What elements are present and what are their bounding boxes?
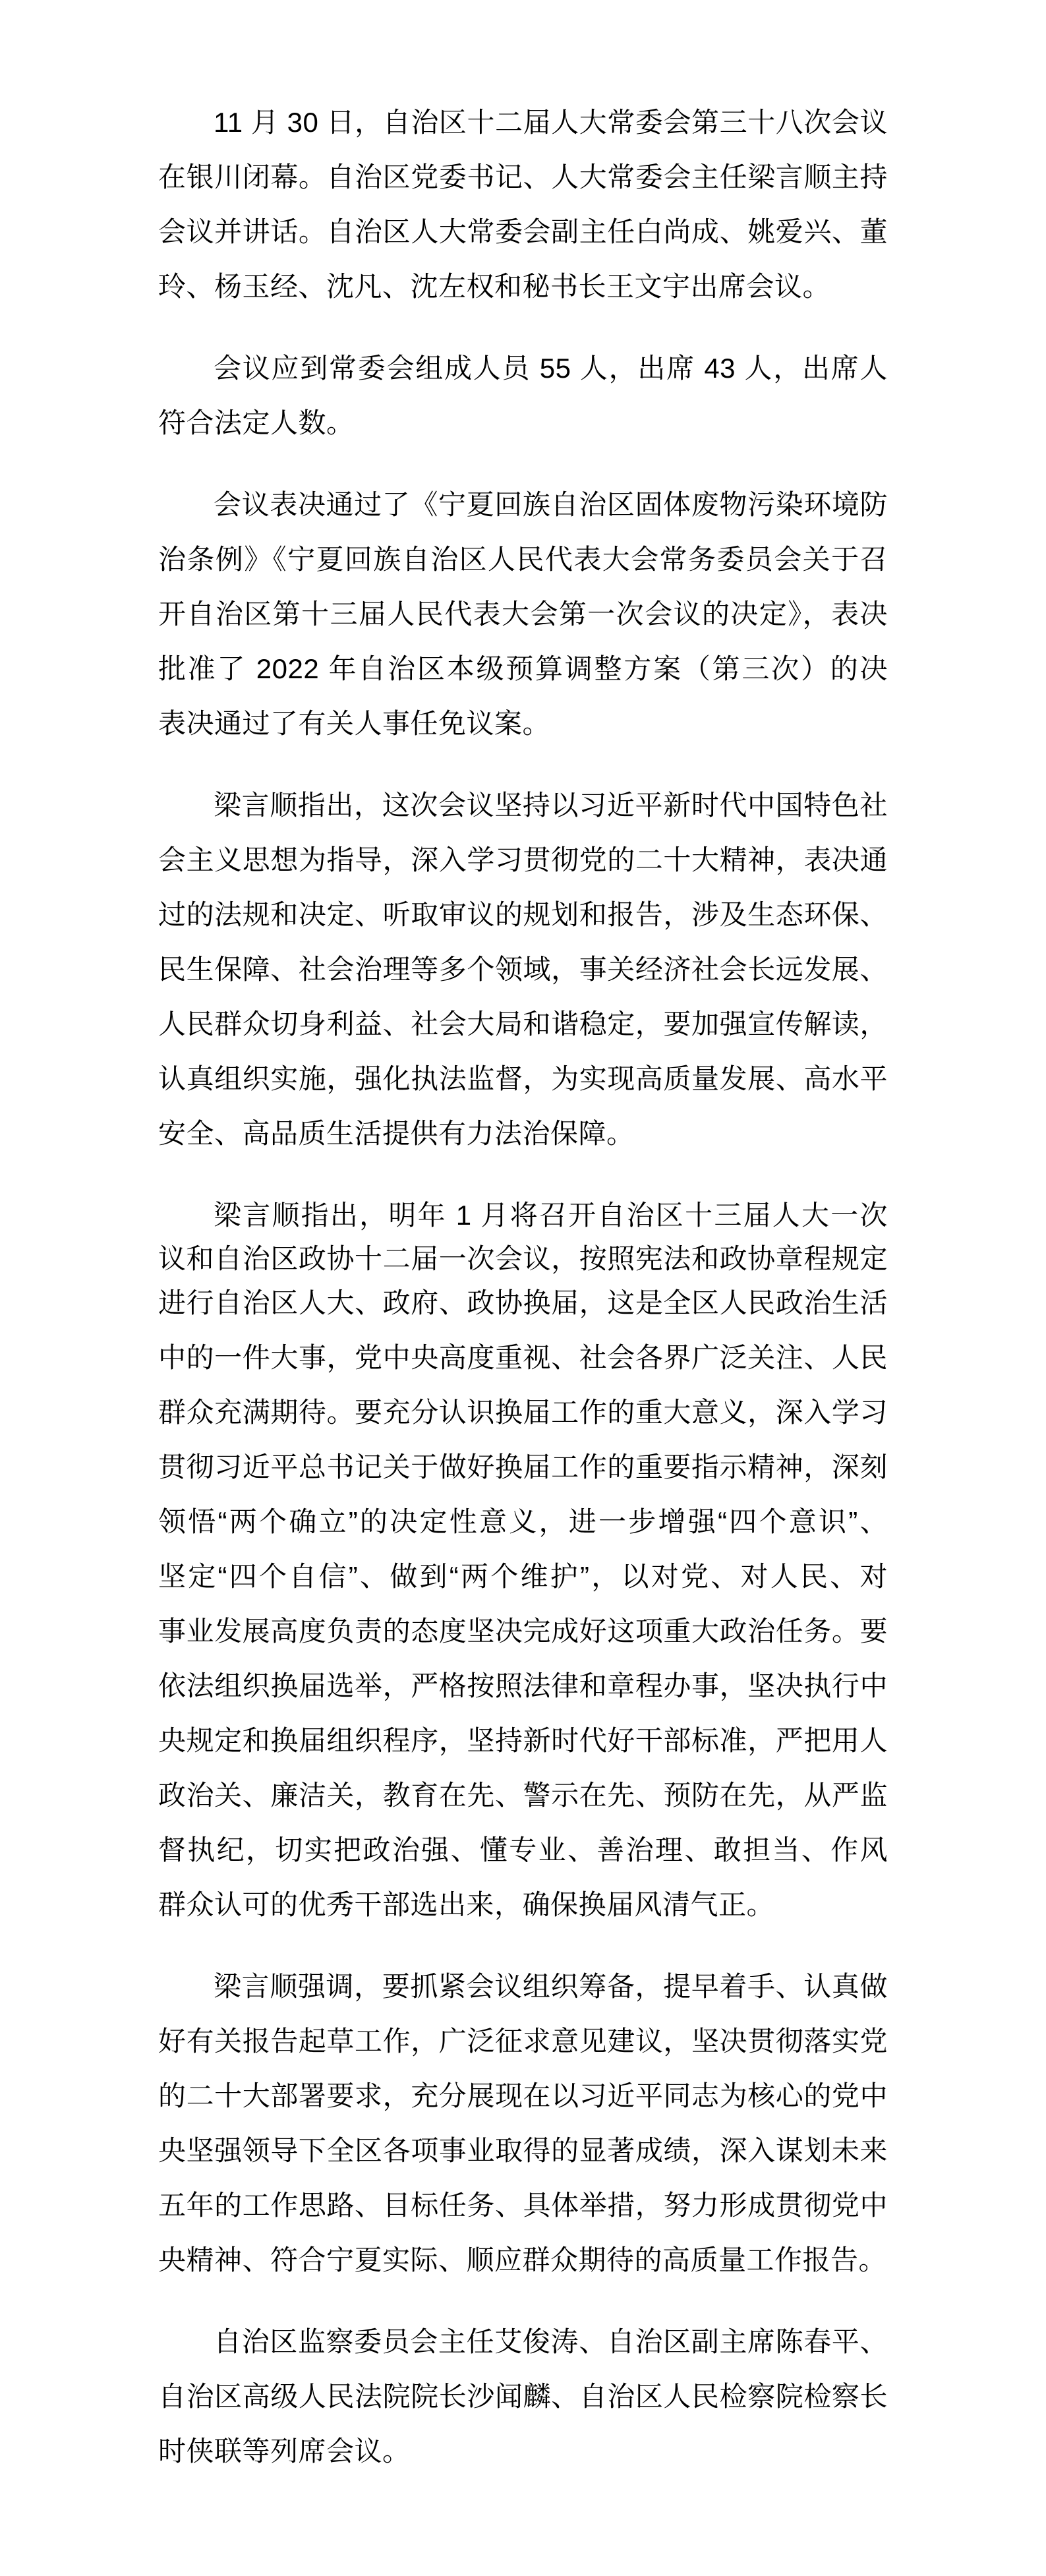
paragraph-2: 会议应到常委会组成人员 55 人，出席 43 人，出席人数 符合法定人数。 (158, 341, 888, 450)
text-line: 11 月 30 日，自治区十二届人大常委会第三十八次会议 (158, 95, 888, 150)
text-line: 群众充满期待。要充分认识换届工作的重大意义，深入学习 (158, 1385, 888, 1440)
paragraph-6: 梁言顺强调，要抓紧会议组织筹备，提早着手、认真做 好有关报告起草工作，广泛征求意… (158, 1959, 888, 2287)
text-line: 进行自治区人大、政府、政协换届，这是全区人民政治生活 (158, 1275, 888, 1330)
text-line: 会议应到常委会组成人员 55 人，出席 43 人，出席人数 (158, 341, 888, 395)
text-line: 认真组织实施，强化执法监督，为实现高质量发展、高水平 (158, 1051, 888, 1106)
paragraph-3: 会议表决通过了《宁夏回族自治区固体废物污染环境防 治条例》《宁夏回族自治区人民代… (158, 477, 888, 751)
text-line: 治条例》《宁夏回族自治区人民代表大会常务委员会关于召 (158, 532, 888, 587)
text-line: 央规定和换届组织程序，坚持新时代好干部标准，严把用人 (158, 1713, 888, 1768)
text-line: 五年的工作思路、目标任务、具体举措，努力形成贯彻党中 (158, 2178, 888, 2233)
text-line: 会主义思想为指导，深入学习贯彻党的二十大精神，表决通 (158, 833, 888, 887)
paragraph-5: 梁言顺指出，明年 1 月将召开自治区十三届人大一次会 议和自治区政协十二届一次会… (158, 1188, 888, 1932)
text-line: 自治区监察委员会主任艾俊涛、自治区副主席陈春平、 (158, 2314, 888, 2369)
text-line: 在银川闭幕。自治区党委书记、人大常委会主任梁言顺主持 (158, 150, 888, 204)
text-line: 好有关报告起草工作，广泛征求意见建议，坚决贯彻落实党 (158, 2014, 888, 2068)
text-line: 批准了 2022 年自治区本级预算调整方案（第三次）的决议， (158, 641, 888, 696)
text-line: 坚定“四个自信”、做到“两个维护”，以对党、对人民、对 (158, 1549, 888, 1604)
paragraph-4: 梁言顺指出，这次会议坚持以习近平新时代中国特色社 会主义思想为指导，深入学习贯彻… (158, 778, 888, 1161)
text-line: 依法组织换届选举，严格按照法律和章程办事，坚决执行中 (158, 1658, 888, 1713)
text-line: 领悟“两个确立”的决定性意义，进一步增强“四个意识”、 (158, 1494, 888, 1549)
text-line: 安全、高品质生活提供有力法治保障。 (158, 1106, 888, 1161)
text-line: 议和自治区政协十二届一次会议，按照宪法和政协章程规定 (158, 1243, 888, 1275)
text-line: 的二十大部署要求，充分展现在以习近平同志为核心的党中 (158, 2068, 888, 2123)
text-line: 会议并讲话。自治区人大常委会副主任白尚成、姚爱兴、董 (158, 204, 888, 259)
text-line: 梁言顺指出，这次会议坚持以习近平新时代中国特色社 (158, 778, 888, 833)
text-line: 符合法定人数。 (158, 395, 888, 450)
text-line: 表决通过了有关人事任免议案。 (158, 696, 888, 751)
paragraph-7: 自治区监察委员会主任艾俊涛、自治区副主席陈春平、 自治区高级人民法院院长沙闻麟、… (158, 2314, 888, 2478)
text-line: 会议表决通过了《宁夏回族自治区固体废物污染环境防 (158, 477, 888, 532)
text-line: 玲、杨玉经、沈凡、沈左权和秘书长王文宇出席会议。 (158, 259, 888, 314)
text-line: 梁言顺强调，要抓紧会议组织筹备，提早着手、认真做 (158, 1959, 888, 2014)
text-line: 中的一件大事，党中央高度重视、社会各界广泛关注、人民 (158, 1330, 888, 1385)
text-line: 央精神、符合宁夏实际、顺应群众期待的高质量工作报告。 (158, 2233, 888, 2287)
text-line: 时侠联等列席会议。 (158, 2424, 888, 2478)
text-line: 人民群众切身利益、社会大局和谐稳定，要加强宣传解读， (158, 997, 888, 1051)
text-line: 群众认可的优秀干部选出来，确保换届风清气正。 (158, 1877, 888, 1932)
paragraph-1: 11 月 30 日，自治区十二届人大常委会第三十八次会议 在银川闭幕。自治区党委… (158, 95, 888, 314)
article-body: 11 月 30 日，自治区十二届人大常委会第三十八次会议 在银川闭幕。自治区党委… (158, 95, 888, 2478)
text-line: 过的法规和决定、听取审议的规划和报告，涉及生态环保、 (158, 887, 888, 942)
text-line: 民生保障、社会治理等多个领域，事关经济社会长远发展、 (158, 942, 888, 997)
text-line: 政治关、廉洁关，教育在先、警示在先、预防在先，从严监 (158, 1768, 888, 1823)
text-line: 自治区高级人民法院院长沙闻麟、自治区人民检察院检察长 (158, 2369, 888, 2424)
text-line: 开自治区第十三届人民代表大会第一次会议的决定》，表决 (158, 587, 888, 641)
text-line: 事业发展高度负责的态度坚决完成好这项重大政治任务。要 (158, 1604, 888, 1658)
text-line: 央坚强领导下全区各项事业取得的显著成绩，深入谋划未来 (158, 2123, 888, 2178)
text-line: 贯彻习近平总书记关于做好换届工作的重要指示精神，深刻 (158, 1440, 888, 1494)
article-page: 11 月 30 日，自治区十二届人大常委会第三十八次会议 在银川闭幕。自治区党委… (0, 0, 1046, 2576)
text-line: 梁言顺指出，明年 1 月将召开自治区十三届人大一次会 (158, 1188, 888, 1243)
text-line: 督执纪，切实把政治强、懂专业、善治理、敢担当、作风正、 (158, 1823, 888, 1877)
